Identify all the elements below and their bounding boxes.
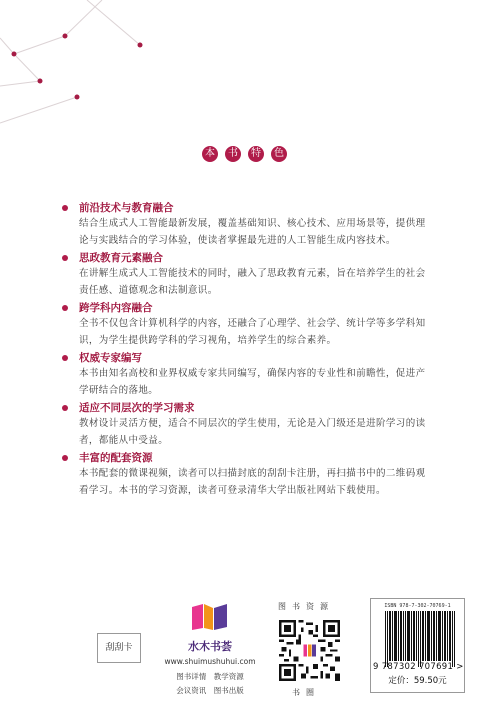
publisher-url[interactable]: www.shuimushuhui.com: [150, 657, 270, 666]
title-char: 书: [225, 146, 241, 162]
feature-body: 本书由知名高校和业界权威专家共同编写，确保内容的专业性和前瞻性，促进产学研结合的…: [79, 366, 432, 399]
ean-number: 9 787302 707691 >: [373, 662, 466, 672]
bullet-icon: [62, 205, 68, 211]
feature-title: 思政教育元素融合: [79, 250, 163, 265]
network-dots-decoration: [0, 0, 250, 130]
title-char: 色: [271, 146, 287, 162]
feature-item: 适应不同层次的学习需求 教材设计灵活方便，适合不同层次的学生使用，无论是入门级还…: [62, 399, 432, 449]
feature-item: 权威专家编写 本书由知名高校和业界权威专家共同编写，确保内容的专业性和前瞻性，促…: [62, 349, 432, 399]
section-title: 本 书 特 色: [0, 146, 489, 162]
feature-title: 跨学科内容融合: [79, 300, 153, 315]
barcode-icon: [385, 611, 455, 667]
bullet-icon: [62, 405, 68, 411]
bullet-icon: [62, 255, 68, 261]
bullet-icon: [62, 455, 68, 461]
publisher-links-row: 会议资讯 图书出版: [150, 684, 270, 698]
feature-body: 全书不仅包含计算机科学的内容，还融合了心理学、社会学、统计学等多学科知识，为学生…: [79, 316, 432, 349]
feature-title: 丰富的配套资源: [79, 450, 153, 465]
feature-list: 前沿技术与教育融合 结合生成式人工智能最新发展，覆盖基础知识、核心技术、应用场景…: [62, 199, 432, 499]
publisher-name: 水木书荟: [150, 638, 270, 654]
feature-item: 思政教育元素融合 在讲解生成式人工智能技术的同时，融入了思政教育元素，旨在培养学…: [62, 249, 432, 299]
scratch-card[interactable]: 刮刮卡: [97, 633, 141, 663]
feature-item: 丰富的配套资源 本书配套的微课视频，读者可以扫描封底的刮刮卡注册，再扫描书中的二…: [62, 449, 432, 499]
title-char: 特: [248, 146, 264, 162]
publisher-links-row: 图书详情 教学资源: [150, 670, 270, 684]
title-char: 本: [202, 146, 218, 162]
bullet-icon: [62, 305, 68, 311]
feature-body: 结合生成式人工智能最新发展，覆盖基础知识、核心技术、应用场景等，提供理论与实践结…: [79, 216, 432, 249]
bullet-icon: [62, 355, 68, 361]
qr-title: 图书资源: [272, 601, 340, 612]
isbn-barcode: ISBN 978-7-302-70769-1 9 787302 707691 >…: [370, 598, 465, 693]
feature-title: 适应不同层次的学习需求: [79, 400, 195, 415]
isbn-text: ISBN 978-7-302-70769-1: [371, 603, 464, 609]
price-label: 定价：59.50元: [371, 674, 464, 686]
publisher-links: 图书详情 教学资源 会议资讯 图书出版: [150, 670, 270, 698]
feature-item: 前沿技术与教育融合 结合生成式人工智能最新发展，覆盖基础知识、核心技术、应用场景…: [62, 199, 432, 249]
feature-title: 前沿技术与教育融合: [79, 200, 174, 215]
feature-title: 权威专家编写: [79, 350, 142, 365]
feature-body: 本书配套的微课视频，读者可以扫描封底的刮刮卡注册，再扫描书中的二维码观看学习。本…: [79, 466, 432, 499]
feature-body: 在讲解生成式人工智能技术的同时，融入了思政教育元素，旨在培养学生的社会责任感、道…: [79, 266, 432, 299]
feature-item: 跨学科内容融合 全书不仅包含计算机科学的内容，还融合了心理学、社会学、统计学等多…: [62, 299, 432, 349]
qr-caption: 书圈: [272, 687, 340, 698]
feature-body: 教材设计灵活方便，适合不同层次的学生使用，无论是入门级还是进阶学习的读者，都能从…: [79, 416, 432, 449]
publisher-logo-icon: [182, 603, 242, 631]
qr-code-icon[interactable]: [279, 620, 340, 681]
